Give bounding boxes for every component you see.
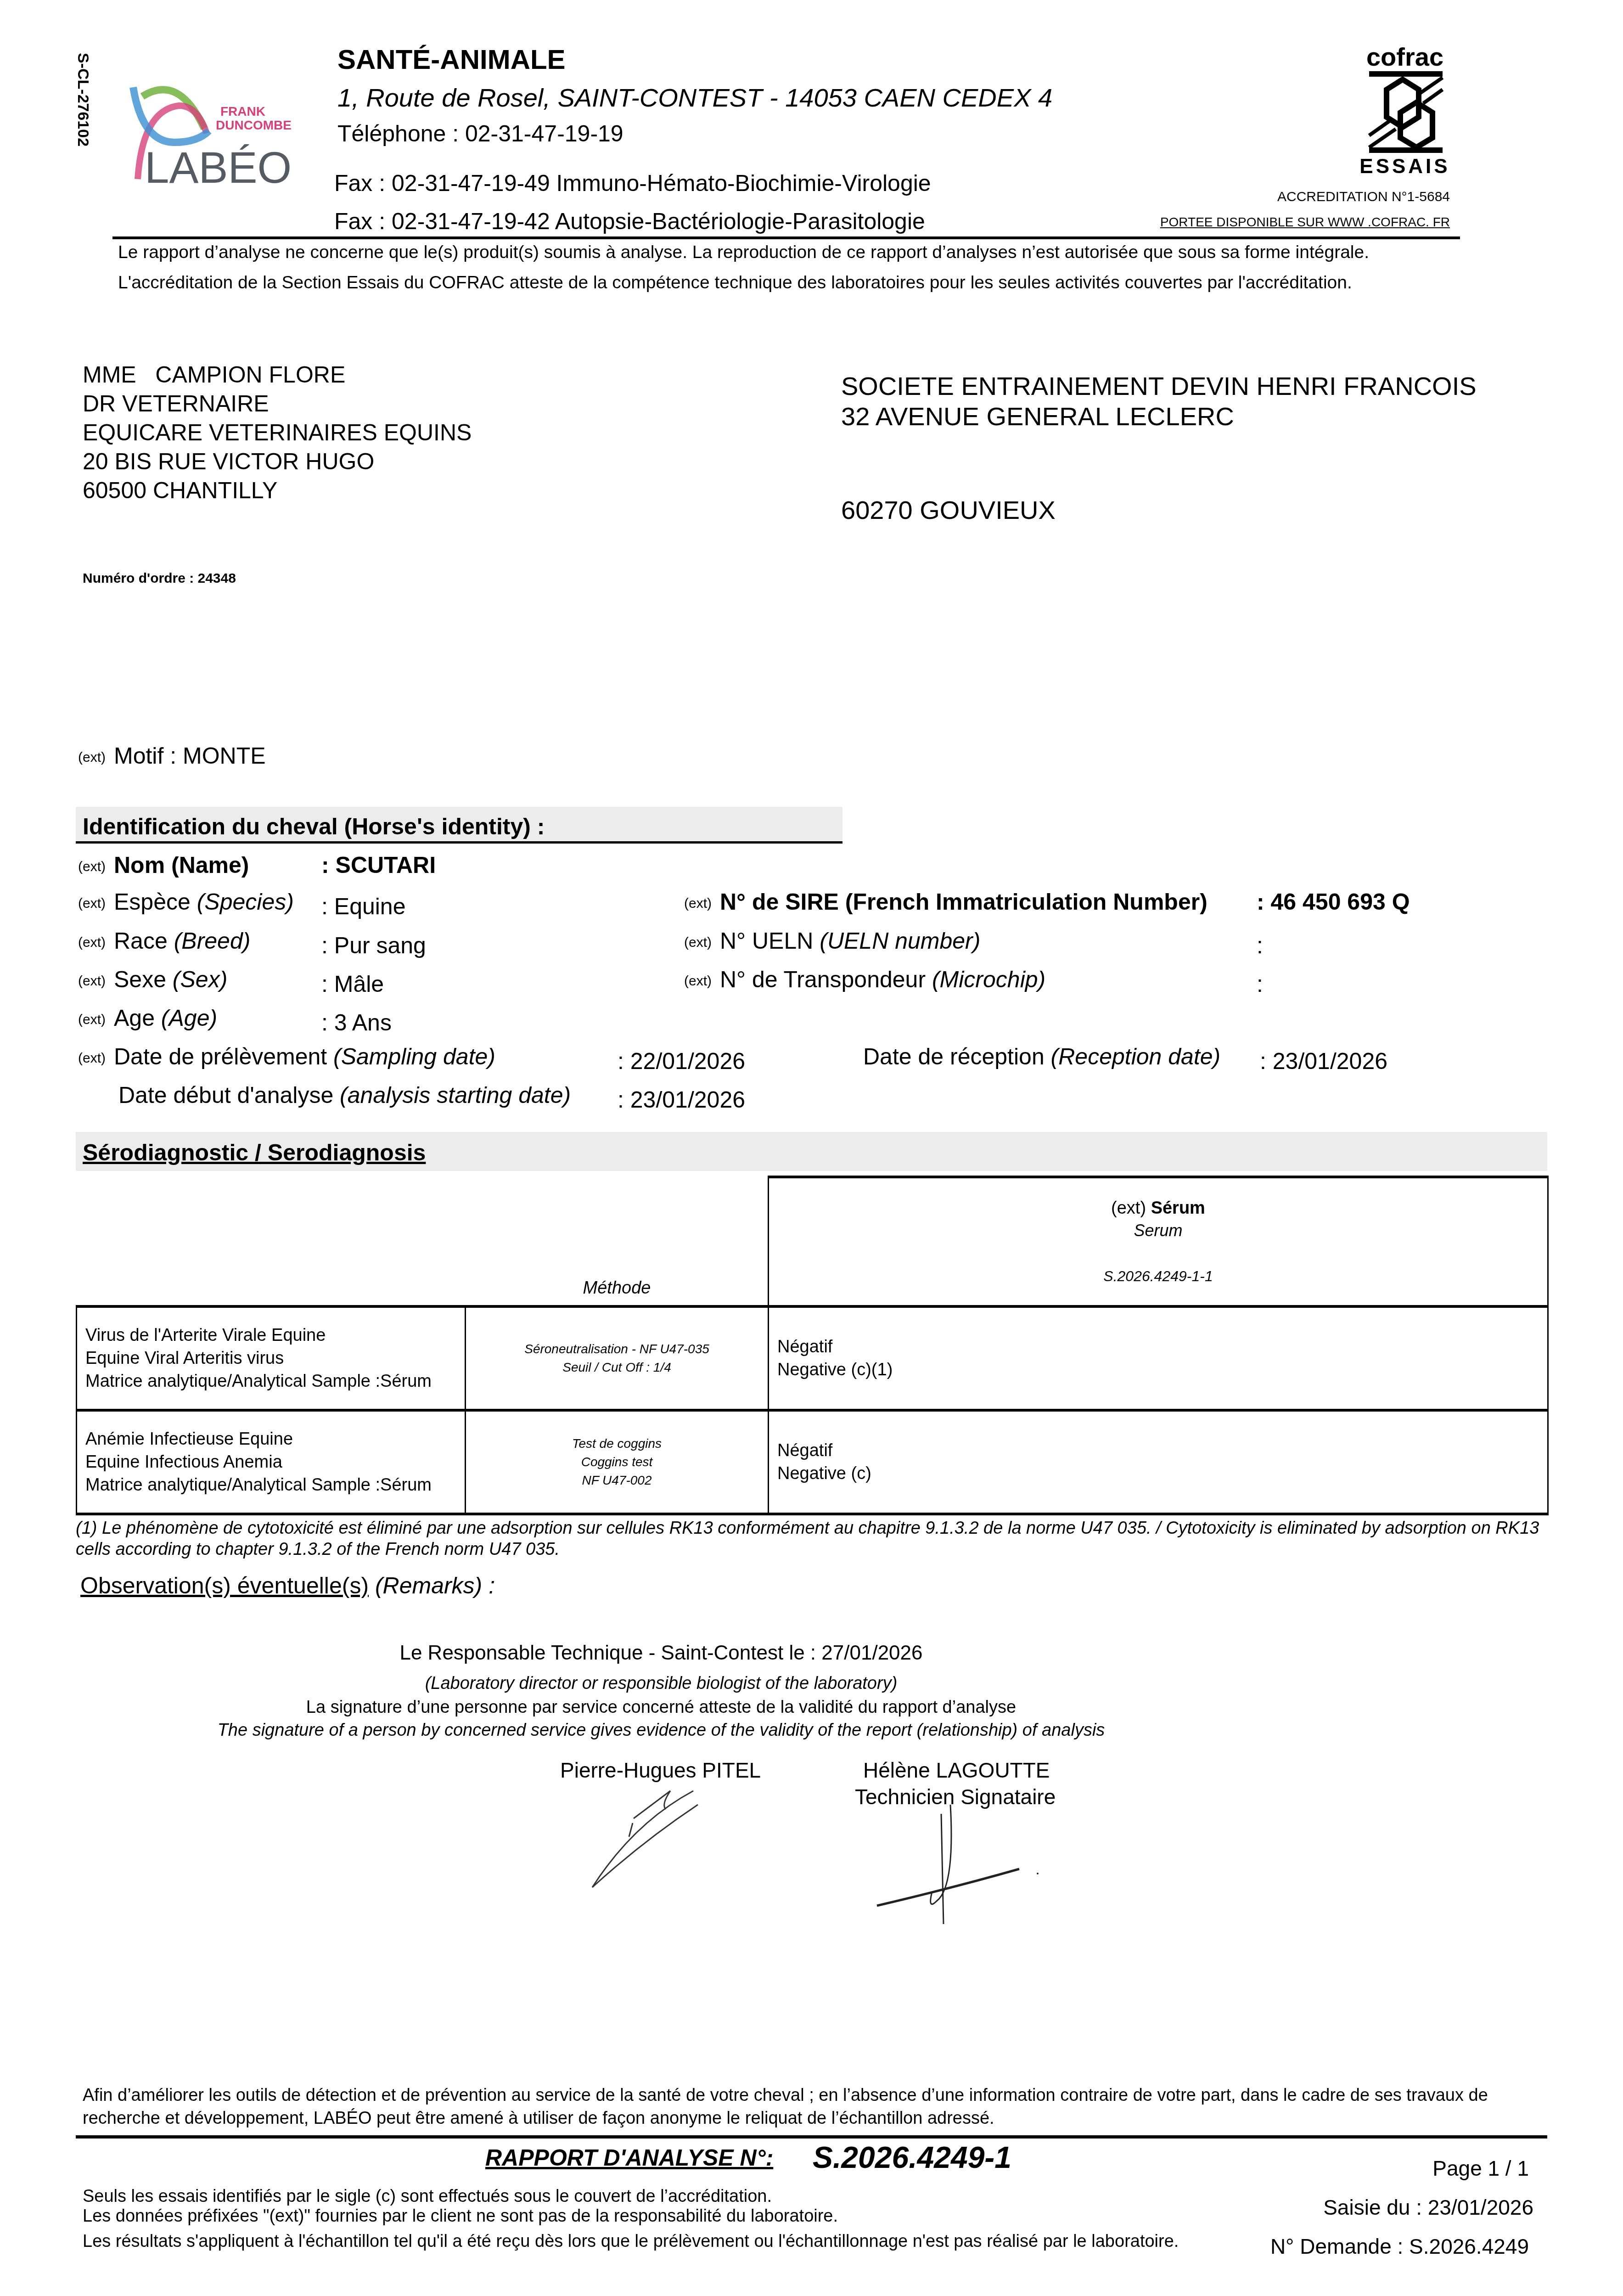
motif-row: (ext)Motif : MONTE <box>78 743 266 769</box>
motif-value: Motif : MONTE <box>114 743 266 769</box>
report-number-label: RAPPORT D'ANALYSE N°: <box>485 2144 773 2171</box>
legal-ext-data: Les données préfixées "(ext)" fournies p… <box>83 2206 838 2226</box>
labeo-logo: FRANK DUNCOMBE LABÉO <box>124 78 317 197</box>
cofrac-link[interactable]: PORTEE DISPONIBLE SUR WWW .COFRAC. FR <box>1160 215 1450 230</box>
disclaimer-accreditation: L'accréditation de la Section Essais du … <box>118 273 1352 293</box>
analyte-name-en: Equine Infectious Anemia <box>85 1451 456 1474</box>
ext-tag: (ext) <box>78 896 106 911</box>
lab-fax-virology: Fax : 02-31-47-19-49 Immuno-Hémato-Bioch… <box>334 170 931 197</box>
ext-tag: (ext) <box>684 935 712 950</box>
analysis-start-value: : 23/01/2026 <box>618 1086 745 1113</box>
recipient-line: DR VETERNAIRE <box>83 389 472 418</box>
recipient-line: 60500 CHANTILLY <box>83 476 472 505</box>
ext-tag: (ext) <box>78 974 106 989</box>
lab-address: 1, Route de Rosel, SAINT-CONTEST - 14053… <box>337 83 1052 113</box>
result-fr: Négatif <box>777 1335 1539 1358</box>
remarks-label: Observation(s) éventuelle(s) <box>80 1573 369 1598</box>
sire-row: (ext)N° de SIRE (French Immatriculation … <box>684 889 1207 915</box>
sampling-date-label-en: (Sampling date) <box>333 1044 495 1069</box>
breed-label: Race <box>114 928 174 954</box>
result-en: Negative (c)(1) <box>777 1358 1539 1381</box>
ext-tag: (ext) <box>684 896 712 911</box>
sex-value: : Mâle <box>321 971 384 997</box>
ext-tag: (ext) <box>78 1051 106 1066</box>
recipient-line: EQUICARE VETERINAIRES EQUINS <box>83 418 472 447</box>
ext-tag: (ext) <box>78 750 106 765</box>
signature-lagoutte-icon <box>863 1805 1056 1924</box>
reception-date-label: Date de réception <box>863 1044 1051 1069</box>
analyte-matrix: Matrice analytique/Analytical Sample :Sé… <box>85 1474 456 1497</box>
horse-name-row: (ext)Nom (Name) : SCUTARI <box>78 852 249 878</box>
sample-header: (ext) Sérum Serum S.2026.4249-1-1 <box>769 1177 1548 1306</box>
owner-address: SOCIETE ENTRAINEMENT DEVIN HENRI FRANCOI… <box>841 371 1477 432</box>
method-cell: Séroneutralisation - NF U47-035 Seuil / … <box>466 1306 769 1410</box>
reception-date-label-en: (Reception date) <box>1051 1044 1221 1069</box>
page-indicator: Page 1 / 1 <box>1432 2156 1529 2181</box>
ext-tag: (ext) <box>78 935 106 950</box>
disclaimer-reproduction: Le rapport d’analyse ne concerne que le(… <box>118 242 1369 263</box>
technical-manager-line: Le Responsable Technique - Saint-Contest… <box>0 1642 1322 1665</box>
lab-phone: Téléphone : 02-31-47-19-19 <box>337 120 623 147</box>
method-line: Test de coggins <box>474 1435 759 1453</box>
analysis-start-label: Date début d'analyse <box>118 1082 340 1108</box>
method-header: Méthode <box>466 1278 769 1298</box>
order-number: Numéro d'ordre : 24348 <box>83 571 236 586</box>
method-line: Séroneutralisation - NF U47-035 <box>474 1340 759 1358</box>
age-label: Age <box>114 1005 161 1031</box>
header-divider <box>112 236 1460 239</box>
species-row: (ext)Espèce (Species) : Equine <box>78 889 294 915</box>
horse-name-value: : SCUTARI <box>321 852 436 878</box>
svg-text:ESSAIS: ESSAIS <box>1359 155 1450 177</box>
analyte-name-fr: Virus de l'Arterite Virale Equine <box>85 1324 456 1347</box>
transponder-value: : <box>1257 971 1263 997</box>
lab-fax-bacteriology: Fax : 02-31-47-19-42 Autopsie-Bactériolo… <box>334 208 925 235</box>
research-notice: Afin d’améliorer les outils de détection… <box>83 2084 1543 2130</box>
signature-pitel-icon <box>578 1782 753 1901</box>
logo-labeo: LABÉO <box>145 143 292 192</box>
identification-section-header: Identification du cheval (Horse's identi… <box>76 807 842 844</box>
ext-tag: (ext) <box>78 1012 106 1027</box>
signature-validity-fr: La signature d’une personne par service … <box>0 1698 1322 1717</box>
sex-row: (ext)Sexe (Sex) : Mâle <box>78 966 227 993</box>
method-norm: NF U47-002 <box>474 1471 759 1490</box>
method-cutoff: Seuil / Cut Off : 1/4 <box>474 1358 759 1377</box>
sire-label: N° de SIRE (French Immatriculation Numbe… <box>720 889 1207 915</box>
horse-name-label: Nom (Name) <box>114 852 249 878</box>
table-row: Anémie Infectieuse Equine Equine Infecti… <box>77 1410 1548 1514</box>
lab-name: SANTÉ-ANIMALE <box>337 44 566 75</box>
breed-label-en: (Breed) <box>174 928 251 954</box>
legal-results-scope: Les résultats s'appliquent à l'échantill… <box>83 2232 1179 2251</box>
sampling-date-label: Date de prélèvement <box>114 1044 333 1069</box>
entry-date: Saisie du : 23/01/2026 <box>1323 2195 1533 2220</box>
method-line: Coggins test <box>474 1453 759 1471</box>
report-number: S.2026.4249-1 <box>813 2140 1011 2175</box>
cytotoxicity-footnote: (1) Le phénomène de cytotoxicité est éli… <box>76 1518 1547 1560</box>
svg-text:cofrac: cofrac <box>1366 42 1443 71</box>
logo-duncombe: DUNCOMBE <box>216 118 292 132</box>
age-value: : 3 Ans <box>321 1009 392 1036</box>
ext-tag: (ext) <box>684 974 712 989</box>
sex-label: Sexe <box>114 967 173 992</box>
species-label-en: (Species) <box>197 889 294 915</box>
sample-name-en: Serum <box>777 1221 1539 1240</box>
analyte-matrix: Matrice analytique/Analytical Sample :Sé… <box>85 1370 456 1393</box>
owner-line: SOCIETE ENTRAINEMENT DEVIN HENRI FRANCOI… <box>841 371 1477 401</box>
sample-ext-tag: (ext) <box>1111 1199 1151 1218</box>
age-row: (ext)Age (Age) : 3 Ans <box>78 1005 217 1031</box>
results-table: Méthode (ext) Sérum Serum S.2026.4249-1-… <box>76 1176 1547 1515</box>
recipient-address: MME CAMPION FLORE DR VETERNAIRE EQUICARE… <box>83 360 472 505</box>
ueln-label-en: (UELN number) <box>820 928 980 954</box>
analyte-cell: Virus de l'Arterite Virale Equine Equine… <box>77 1306 466 1410</box>
ueln-value: : <box>1257 932 1263 959</box>
request-number: N° Demande : S.2026.4249 <box>1270 2234 1529 2259</box>
footer-divider <box>76 2135 1547 2138</box>
legal-accreditation: Seuls les essais identifiés par le sigle… <box>83 2187 772 2206</box>
transponder-label-en: (Microchip) <box>932 967 1045 992</box>
analyte-name-fr: Anémie Infectieuse Equine <box>85 1428 456 1451</box>
cofrac-logo: cofrac ESSAIS <box>1359 39 1451 177</box>
signature-validity-en: The signature of a person by concerned s… <box>0 1721 1322 1740</box>
result-cell: Négatif Negative (c) <box>769 1410 1548 1514</box>
result-cell: Négatif Negative (c)(1) <box>769 1306 1548 1410</box>
result-fr: Négatif <box>777 1439 1539 1462</box>
sampling-date-value: : 22/01/2026 <box>618 1048 745 1075</box>
transponder-row: (ext)N° de Transpondeur (Microchip) : <box>684 966 1045 993</box>
serodiagnostic-title: Sérodiagnostic / Serodiagnosis <box>83 1139 426 1166</box>
sex-label-en: (Sex) <box>173 967 227 992</box>
analyte-cell: Anémie Infectieuse Equine Equine Infecti… <box>77 1410 466 1514</box>
identification-title: Identification du cheval (Horse's identi… <box>83 813 545 840</box>
logo-frank: FRANK <box>220 104 265 118</box>
signer-pitel: Pierre-Hugues PITEL <box>560 1758 761 1783</box>
signer-lagoutte: Hélène LAGOUTTE <box>863 1758 1050 1783</box>
table-row: Virus de l'Arterite Virale Equine Equine… <box>77 1306 1548 1410</box>
transponder-label: N° de Transpondeur <box>720 967 932 992</box>
analysis-start-label-en: (analysis starting date) <box>340 1082 571 1108</box>
reception-date-row: Date de réception (Reception date) : 23/… <box>863 1043 1220 1070</box>
lab-director-line: (Laboratory director or responsible biol… <box>0 1674 1322 1694</box>
sampling-date-row: (ext)Date de prélèvement (Sampling date)… <box>78 1043 495 1070</box>
reception-date-value: : 23/01/2026 <box>1260 1048 1387 1075</box>
owner-city: 60270 GOUVIEUX <box>841 495 1056 525</box>
result-en: Negative (c) <box>777 1462 1539 1485</box>
sample-name: Sérum <box>1151 1199 1205 1218</box>
species-label: Espèce <box>114 889 197 915</box>
ueln-row: (ext)N° UELN (UELN number) : <box>684 928 980 954</box>
document-code: S-CL-276102 <box>74 53 92 146</box>
sire-value: : 46 450 693 Q <box>1257 889 1410 915</box>
method-cell: Test de coggins Coggins test NF U47-002 <box>466 1410 769 1514</box>
analysis-start-row: Date début d'analyse (analysis starting … <box>118 1082 571 1109</box>
breed-row: (ext)Race (Breed) : Pur sang <box>78 928 250 954</box>
recipient-line: 20 BIS RUE VICTOR HUGO <box>83 447 472 476</box>
ueln-label: N° UELN <box>720 928 820 954</box>
ext-tag: (ext) <box>78 859 106 874</box>
serodiagnostic-section-header: Sérodiagnostic / Serodiagnosis <box>76 1132 1547 1171</box>
analyte-name-en: Equine Viral Arteritis virus <box>85 1347 456 1370</box>
table-header-row: Méthode (ext) Sérum Serum S.2026.4249-1-… <box>77 1177 1548 1306</box>
owner-line: 32 AVENUE GENERAL LECLERC <box>841 401 1477 432</box>
recipient-line: MME CAMPION FLORE <box>83 360 472 389</box>
age-label-en: (Age) <box>161 1005 217 1031</box>
remarks-label-en: (Remarks) : <box>369 1573 495 1598</box>
breed-value: : Pur sang <box>321 932 426 959</box>
remarks-row: Observation(s) éventuelle(s) (Remarks) : <box>80 1572 495 1599</box>
accreditation-number: ACCREDITATION N°1-5684 <box>1277 189 1450 205</box>
species-value: : Equine <box>321 893 405 920</box>
sample-id: S.2026.4249-1-1 <box>777 1268 1539 1285</box>
